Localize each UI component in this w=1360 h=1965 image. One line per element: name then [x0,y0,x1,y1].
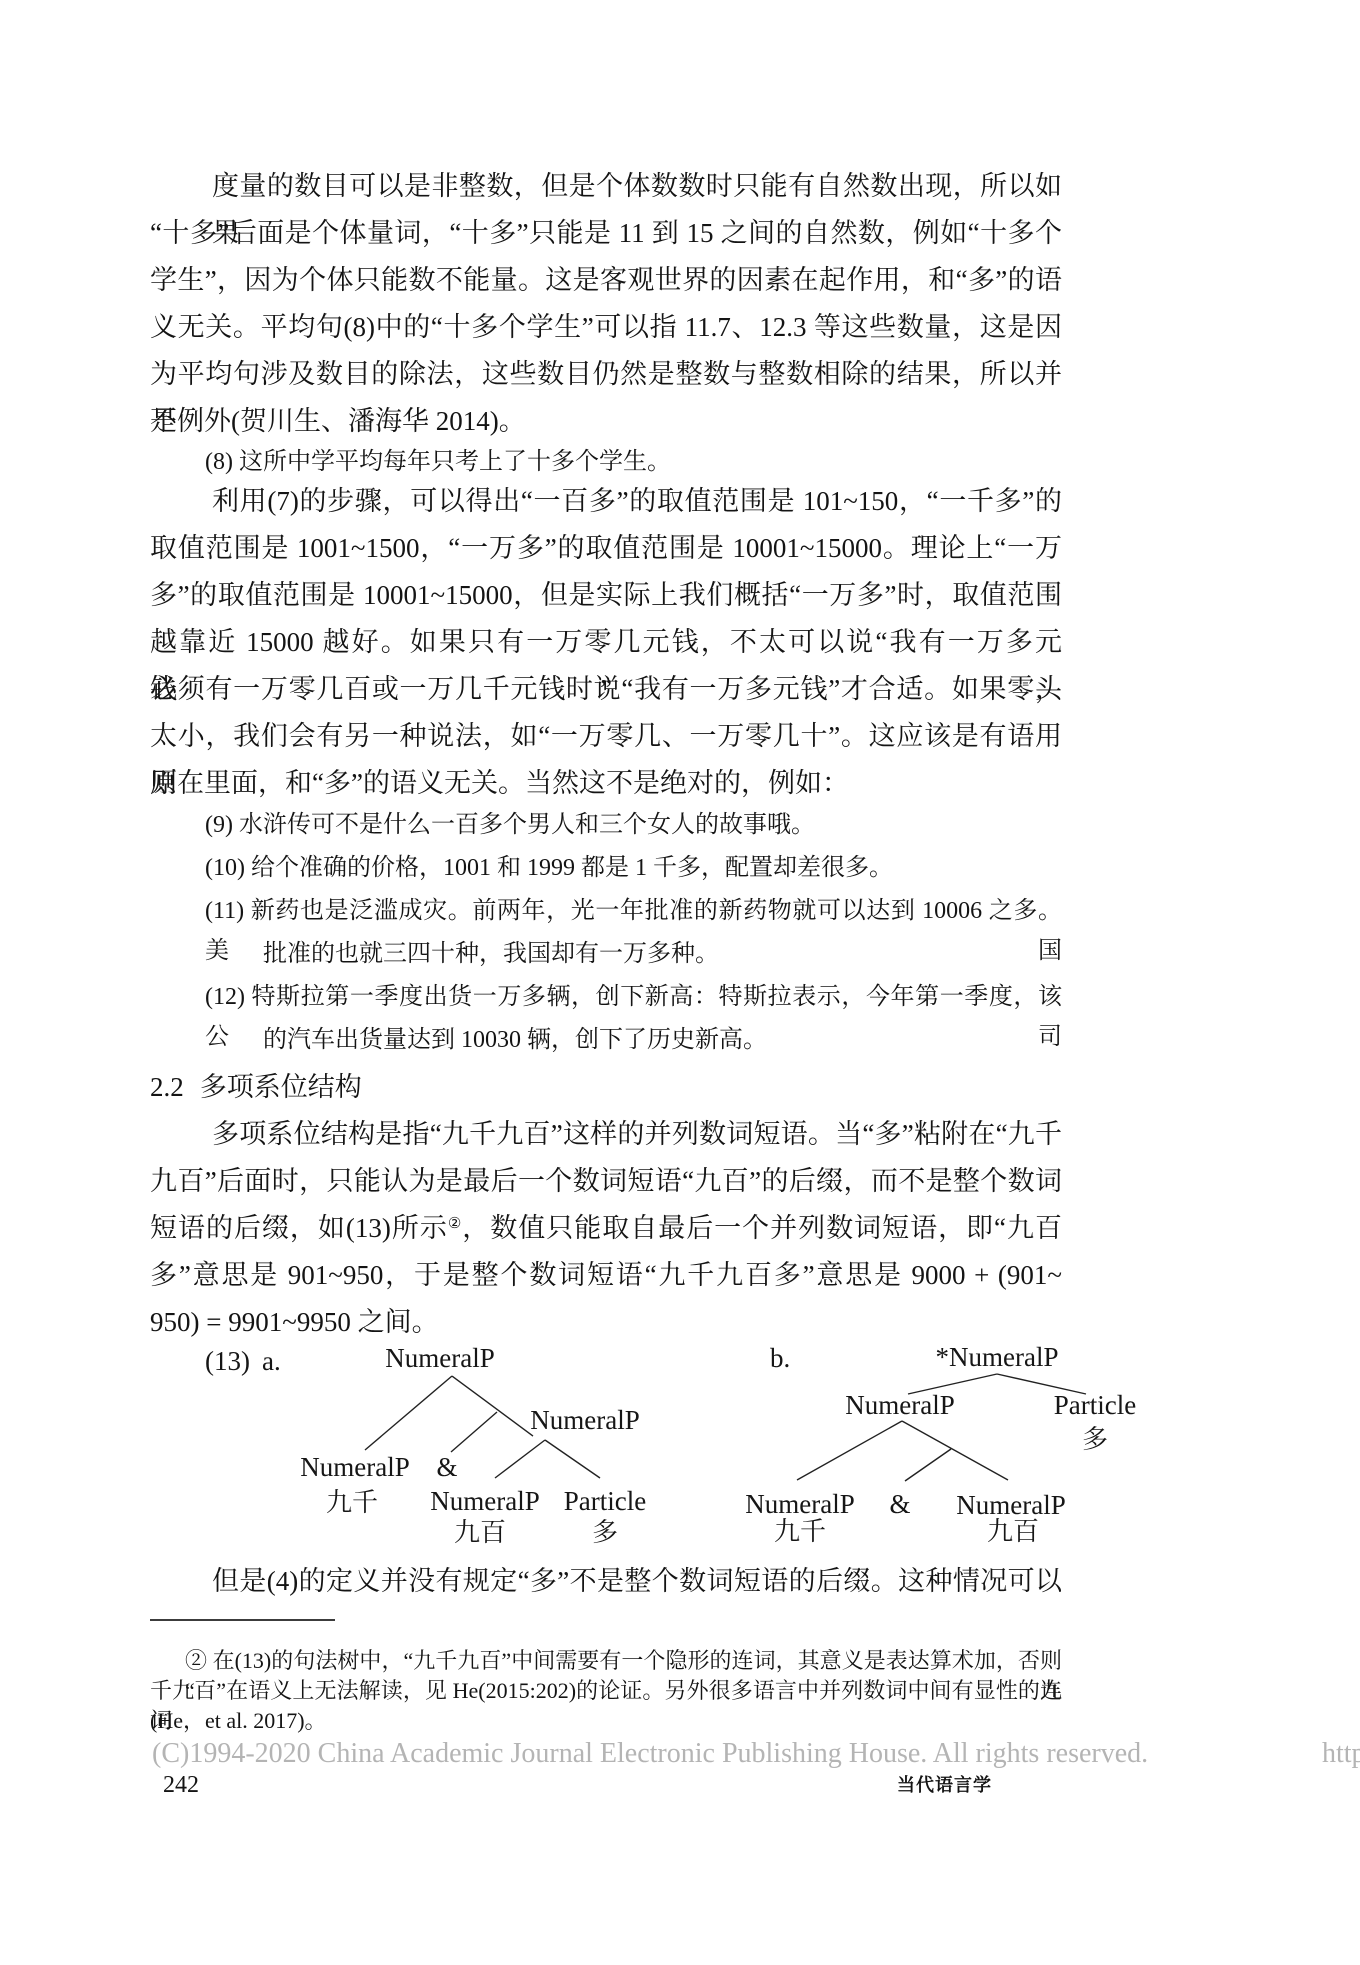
tree-node-label: NumeralP [385,1345,494,1373]
example-line: (10) 给个准确的价格，1001 和 1999 都是 1 千多，配置却差很多。 [150,848,1062,888]
section-title: 多项系位结构 [200,1072,362,1102]
tree-word: 九千 [326,1488,378,1517]
paragraph-line: 义无关。平均句(8)中的“十多个学生”可以指 11.7、12.3 等这些数量，这… [150,304,1062,351]
footnote-line: (He，et al. 2017)。 [150,1706,1062,1736]
tree-branch-line [451,1412,497,1452]
tree-conjunction: & [889,1489,910,1519]
paragraph-line: 多”的取值范围是 10001~15000，但是实际上我们概括“一万多”时，取值范… [150,572,1062,619]
paragraph-line: 取值范围是 1001~1500，“一万多”的取值范围是 10001~15000。… [150,525,1062,572]
page-number: 242 [163,1772,199,1799]
example-line: (9) 水浒传可不是什么一百多个男人和三个女人的故事哦。 [150,805,1062,845]
paragraph-line: 则在里面，和“多”的语义无关。当然这不是绝对的，例如： [150,760,1062,807]
example-line: 批准的也就三四十种，我国却有一万多种。 [150,934,1062,974]
syntax-tree-figure: (13) a. NumeralP NumeralP 九千 & NumeralP … [0,1345,1360,1560]
example-line: 的汽车出货量达到 10030 辆，创下了历史新高。 [150,1020,1062,1060]
tree-node-label: Particle [564,1486,646,1516]
tree-word: 九百 [987,1517,1039,1546]
paragraph-line: 但是(4)的定义并没有规定“多”不是整个数词短语的后缀。这种情况可以 [150,1558,1062,1605]
section-heading: 2.2多项系位结构 [150,1067,362,1107]
journal-name: 当代语言学 [897,1771,992,1797]
tree-node-label: NumeralP [430,1486,539,1516]
tree-letter: a. [262,1346,281,1376]
paragraph-text: 短语的后缀，如(13)所示 [150,1213,448,1243]
paragraph-line: 多项系位结构是指“九千九百”这样的并列数词短语。当“多”粘附在“九千 [150,1111,1062,1158]
tree-word: 九千 [774,1517,826,1546]
copyright-watermark: (C)1994-2020 China Academic Journal Elec… [152,1738,1148,1770]
tree-node-label: Particle [1054,1390,1136,1420]
footnote-rule [150,1619,335,1621]
tree-node-label: NumeralP [300,1452,409,1482]
document-page: 度量的数目可以是非整数，但是个体数数时只能有自然数出现，所以如果 “十多”后面是… [0,0,1360,1965]
tree-branch-line [905,1449,951,1481]
tree-branch-line [902,1421,1008,1480]
tree-branch-line [495,1440,545,1478]
tree-node-label: *NumeralP [936,1345,1059,1372]
paragraph-line: 九百”后面时，只能认为是最后一个数词短语“九百”的后缀，而不是整个数词 [150,1158,1062,1205]
tree-branch-line [797,1421,902,1480]
paragraph-line: 多”意思是 901~950，于是整个数词短语“九千九百多”意思是 9000 + … [150,1252,1062,1299]
tree-index: (13) [205,1346,250,1376]
tree-branch-line [545,1440,600,1478]
paragraph-line: 利用(7)的步骤，可以得出“一百多”的取值范围是 101~150，“一千多”的 [150,478,1062,525]
paragraph-line: 短语的后缀，如(13)所示②，数值只能取自最后一个并列数词短语，即“九百 [150,1205,1062,1252]
paragraph-line: “十多”后面是个体量词，“十多”只能是 11 到 15 之间的自然数，例如“十多… [150,210,1062,257]
footnote-reference: ② [448,1216,462,1232]
tree-word: 多 [1082,1425,1108,1454]
watermark-url: http://w [1322,1738,1360,1770]
tree-word: 九百 [454,1518,506,1547]
example-line: (8) 这所中学平均每年只考上了十多个学生。 [150,442,1062,482]
tree-node-label: NumeralP [745,1489,854,1519]
paragraph-line: 950) = 9901~9950 之间。 [150,1299,1062,1346]
tree-branch-line [452,1376,533,1436]
tree-node-label: NumeralP [530,1405,639,1435]
tree-letter: b. [770,1345,790,1373]
tree-node-label: NumeralP [956,1490,1065,1520]
tree-node-label: NumeralP [845,1390,954,1420]
paragraph-line: 学生”，因为个体只能数不能量。这是客观世界的因素在起作用，和“多”的语 [150,257,1062,304]
tree-branch-line [365,1376,452,1450]
paragraph-line: 必须有一万零几百或一万几千元钱时说“我有一万多元钱”才合适。如果零头 [150,666,1062,713]
tree-conjunction: & [436,1452,457,1482]
paragraph-text: ，数值只能取自最后一个并列数词短语，即“九百 [462,1213,1062,1243]
section-number: 2.2 [150,1072,184,1102]
tree-word: 多 [592,1518,618,1547]
paragraph-line: 是例外(贺川生、潘海华 2014)。 [150,398,1062,445]
